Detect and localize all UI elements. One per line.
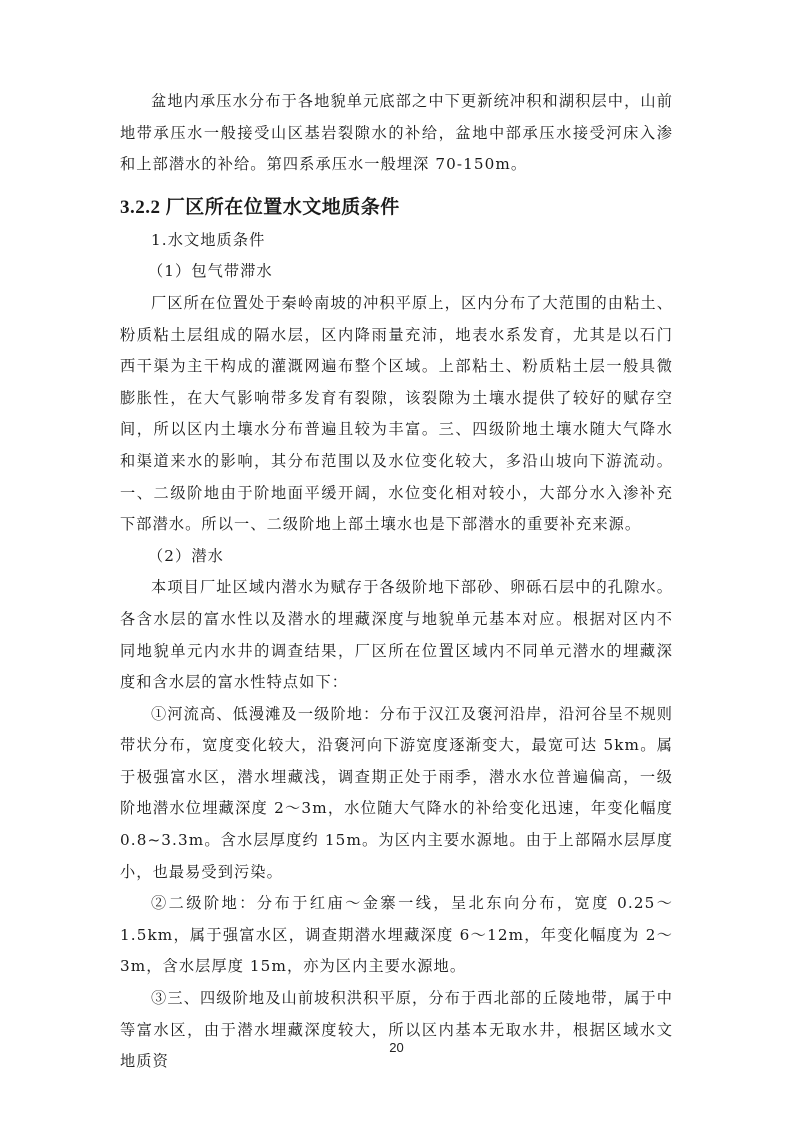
- subheading-vadose-water: （1）包气带滞水: [120, 256, 673, 288]
- paragraph-item-2: ②二级阶地：分布于红庙～金寨一线，呈北东向分布，宽度 0.25～1.5km，属于…: [120, 888, 673, 983]
- paragraph-phreatic-intro: 本项目厂址区域内潜水为赋存于各级阶地下部砂、卵砾石层中的孔隙水。各含水层的富水性…: [120, 572, 673, 698]
- subheading-phreatic-water: （2）潜水: [120, 541, 673, 573]
- paragraph-item-1: ①河流高、低漫滩及一级阶地：分布于汉江及褒河沿岸，沿河谷呈不规则带状分布，宽度变…: [120, 699, 673, 889]
- paragraph-confined-water: 盆地内承压水分布于各地貌单元底部之中下更新统冲积和湖积层中，山前地带承压水一般接…: [120, 86, 673, 181]
- page-body: 盆地内承压水分布于各地貌单元底部之中下更新统冲积和湖积层中，山前地带承压水一般接…: [120, 86, 673, 1078]
- page-number: 20: [0, 1040, 793, 1055]
- paragraph-item-3: ③三、四级阶地及山前坡积洪积平原，分布于西北部的丘陵地带，属于中等富水区，由于潜…: [120, 983, 673, 1078]
- document-page: 盆地内承压水分布于各地貌单元底部之中下更新统冲积和湖积层中，山前地带承压水一般接…: [0, 0, 793, 1122]
- paragraph-vadose-water: 厂区所在位置处于秦岭南坡的冲积平原上，区内分布了大范围的由粘土、粉质粘土层组成的…: [120, 288, 673, 541]
- subheading-hydrogeology: 1.水文地质条件: [120, 225, 673, 257]
- section-heading: 3.2.2 厂区所在位置水文地质条件: [120, 193, 673, 223]
